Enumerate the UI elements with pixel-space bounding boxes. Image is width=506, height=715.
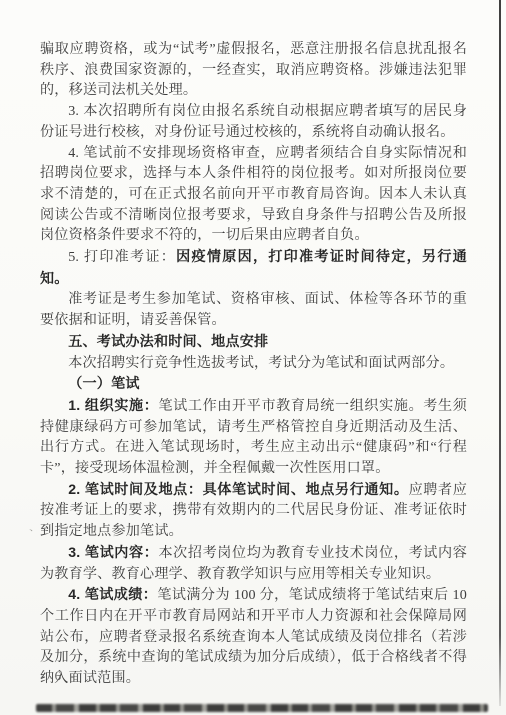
- heading-subsection-1-written-exam: （一）笔试: [40, 373, 467, 395]
- cutoff-text-strip: [36, 704, 488, 712]
- text-run: 准考证是考生参加笔试、资格审核、面试、体检等各环节的重要依据和证明，请妥善保管。: [40, 291, 467, 328]
- para-written-1-organization: 1. 组织实施：笔试工作由开平市教育局统一组织实施。考生须持健康绿码方可参加笔试…: [40, 395, 467, 479]
- para-written-2-time-place: 2. 笔试时间及地点：具体笔试时间、地点另行通知。应聘者应按准考证上的要求，携带…: [40, 479, 467, 542]
- scan-artifact-mark: ˊ: [44, 514, 47, 525]
- para-admission-ticket-keep-safe: 准考证是考生参加笔试、资格审核、面试、体检等各环节的重要依据和证明，请妥善保管。: [40, 289, 467, 330]
- para-item-3-id-check: 3. 本次招聘所有岗位由报名系统自动根据应聘者填写的居民身份证号进行校核，对身份…: [40, 101, 467, 142]
- para-written-3-content: 3. 笔试内容：本次招考岗位均为教育专业技术岗位，考试内容为教育学、教育心理学、…: [40, 542, 467, 584]
- text-run: 骗取应聘资格，或为“试考”虚假报名，恶意注册报名信息扰乱报名秩序、浪费国家资源的…: [40, 41, 467, 98]
- heading-section-5-exam-arrangement: 五、考试办法和时间、地点安排: [40, 331, 467, 353]
- text-run: 5. 打印准考证：: [68, 249, 176, 265]
- bold-text-run: 2. 笔试时间及地点：具体笔试时间、地点另行通知。: [68, 481, 408, 497]
- bold-text-run: （一）笔试: [68, 375, 139, 391]
- text-run: 3. 本次招聘所有岗位由报名系统自动根据应聘者填写的居民身份证号进行校核，对身份…: [40, 103, 467, 140]
- para-item-4-no-onsite-review: 4. 笔试前不安排现场资格审查，应聘者须结合自身实际情况和招聘岗位要求，选择与本…: [40, 143, 467, 247]
- text-run: 4. 笔试前不安排现场资格审查，应聘者须结合自身实际情况和招聘岗位要求，选择与本…: [40, 145, 467, 244]
- scan-artifact-mark: 、: [26, 517, 40, 534]
- para-competitive-selection: 本次招聘实行竞争性选拔考试，考试分为笔试和面试两部分。: [40, 353, 467, 374]
- scanned-document-page: 骗取应聘资格，或为“试考”虚假报名，恶意注册报名信息扰乱报名秩序、浪费国家资源的…: [0, 0, 506, 715]
- scan-edge-line: [499, 0, 501, 706]
- bold-text-run: 五、考试办法和时间、地点安排: [68, 333, 268, 349]
- bold-text-run: 1. 组织实施：: [68, 397, 158, 413]
- para-written-4-scores: 4. 笔试成绩：笔试满分为 100 分，笔试成绩将于笔试结束后 10 个工作日内…: [40, 584, 467, 689]
- bold-text-run: 3. 笔试内容：: [68, 544, 158, 560]
- page-number: - 6 -: [41, 668, 78, 684]
- para-item-5-print-admission-ticket: 5. 打印准考证：因疫情原因，打印准考证时间待定，另行通知。: [40, 246, 467, 289]
- para-fraud-disqualification: 骗取应聘资格，或为“试考”虚假报名，恶意注册报名信息扰乱报名秩序、浪费国家资源的…: [40, 39, 467, 101]
- document-body: 骗取应聘资格，或为“试考”虚假报名，恶意注册报名信息扰乱报名秩序、浪费国家资源的…: [40, 39, 467, 689]
- bold-text-run: 4. 笔试成绩：: [68, 586, 157, 602]
- text-run: 本次招聘实行竞争性选拔考试，考试分为笔试和面试两部分。: [68, 355, 454, 371]
